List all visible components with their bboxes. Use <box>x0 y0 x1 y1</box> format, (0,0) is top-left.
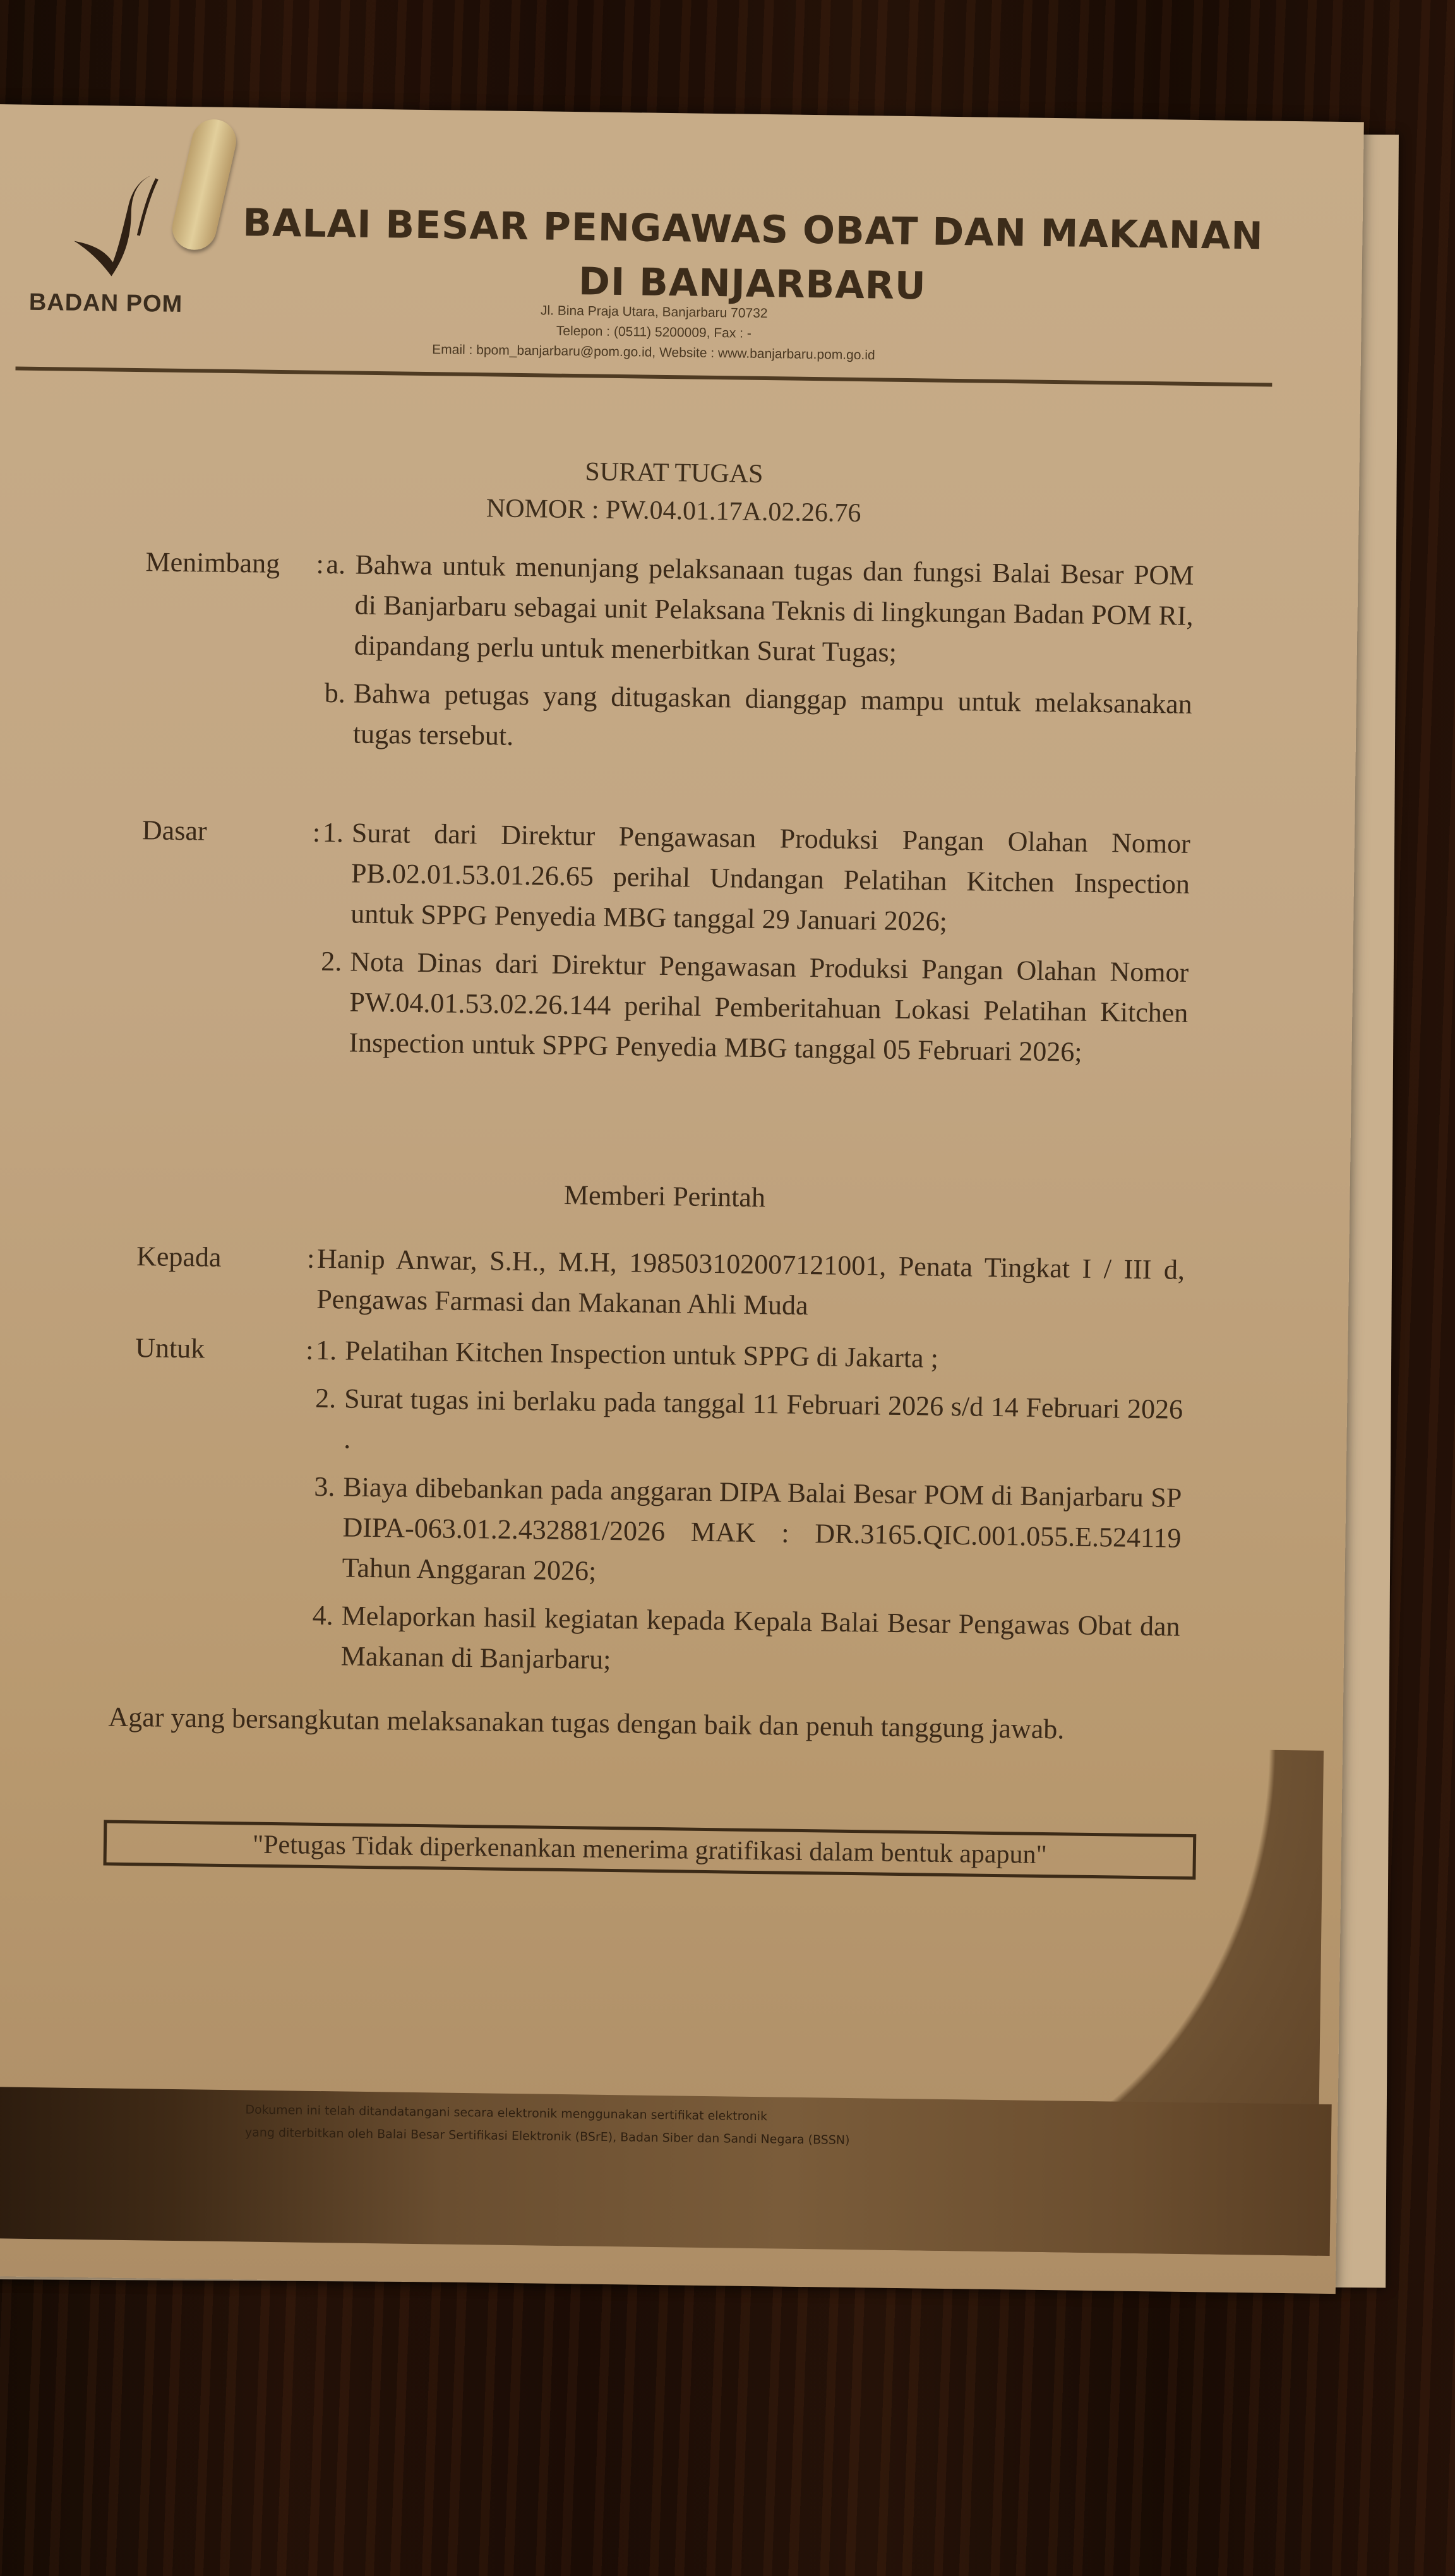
badan-pom-logo: BADAN POM <box>29 174 195 315</box>
menimbang-item: b. Bahwa petugas yang ditugaskan diangga… <box>324 673 1193 765</box>
item-marker: a. <box>325 544 356 666</box>
untuk-section: Untuk : 1. Pelatihan Kitchen Inspection … <box>131 1328 1183 1695</box>
checkmark-logo-icon <box>67 175 169 283</box>
kepada-label: Kepada <box>136 1236 308 1320</box>
item-marker: 1. <box>321 813 352 934</box>
closing-statement: Agar yang bersangkutan melaksanakan tuga… <box>108 1697 1195 1752</box>
item-text: Pelatihan Kitchen Inspection untuk SPPG … <box>345 1330 1184 1381</box>
kepada-section: Kepada : Hanip Anwar, S.H., M.H, 1985031… <box>136 1236 1185 1331</box>
item-text: Surat tugas ini berlaku pada tanggal 11 … <box>344 1378 1183 1470</box>
dasar-item: 2. Nota Dinas dari Direktur Pengawasan P… <box>320 941 1189 1074</box>
dasar-section: Dasar : 1. Surat dari Direktur Pengawasa… <box>139 810 1190 1082</box>
contact-info: Jl. Bina Praja Utara, Banjarbaru 70732 T… <box>369 299 938 367</box>
menimbang-section: Menimbang : a. Bahwa untuk menunjang pel… <box>143 542 1194 773</box>
untuk-label: Untuk <box>131 1328 306 1683</box>
document-title-block: SURAT TUGAS NOMOR : PW.04.01.17A.02.26.7… <box>0 445 1360 539</box>
untuk-item: 2. Surat tugas ini berlaku pada tanggal … <box>314 1378 1183 1470</box>
item-text: Surat dari Direktur Pengawasan Produksi … <box>350 813 1190 945</box>
order-heading: Memberi Perintah <box>0 1171 1350 1221</box>
menimbang-label: Menimbang <box>143 542 316 761</box>
untuk-item: 3. Biaya dibebankan pada anggaran DIPA B… <box>313 1467 1182 1599</box>
dasar-item: 1. Surat dari Direktur Pengawasan Produk… <box>321 813 1190 945</box>
dasar-items: 1. Surat dari Direktur Pengawasan Produk… <box>320 813 1190 1082</box>
item-marker: 3. <box>313 1467 344 1589</box>
item-marker: b. <box>324 673 354 754</box>
assignment-letter-page: BADAN POM BALAI BESAR PENGAWAS OBAT DAN … <box>0 104 1364 2294</box>
untuk-item: 4. Melaporkan hasil kegiatan kepada Kepa… <box>311 1595 1180 1688</box>
untuk-item: 1. Pelatihan Kitchen Inspection untuk SP… <box>316 1330 1184 1382</box>
item-marker: 4. <box>311 1595 342 1677</box>
item-text: Nota Dinas dari Direktur Pengawasan Prod… <box>349 942 1189 1074</box>
untuk-items: 1. Pelatihan Kitchen Inspection untuk SP… <box>311 1330 1183 1695</box>
item-marker: 1. <box>316 1330 345 1371</box>
item-marker: 2. <box>320 941 350 1063</box>
header-divider <box>15 366 1272 386</box>
menimbang-item: a. Bahwa untuk menunjang pelaksanaan tug… <box>325 544 1194 677</box>
item-text: Bahwa petugas yang ditugaskan dianggap m… <box>353 674 1193 765</box>
item-text: Melaporkan hasil kegiatan kepada Kepala … <box>340 1595 1180 1687</box>
item-marker: 2. <box>314 1378 345 1460</box>
assignee: Hanip Anwar, S.H., M.H, 1985031020071210… <box>316 1239 1185 1331</box>
colon: : <box>306 1239 318 1320</box>
dasar-label: Dasar <box>139 810 313 1070</box>
item-text: Biaya dibebankan pada anggaran DIPA Bala… <box>342 1467 1182 1599</box>
item-text: Bahwa untuk menunjang pelaksanaan tugas … <box>354 545 1194 677</box>
menimbang-items: a. Bahwa untuk menunjang pelaksanaan tug… <box>323 544 1194 773</box>
logo-text: BADAN POM <box>29 289 183 318</box>
